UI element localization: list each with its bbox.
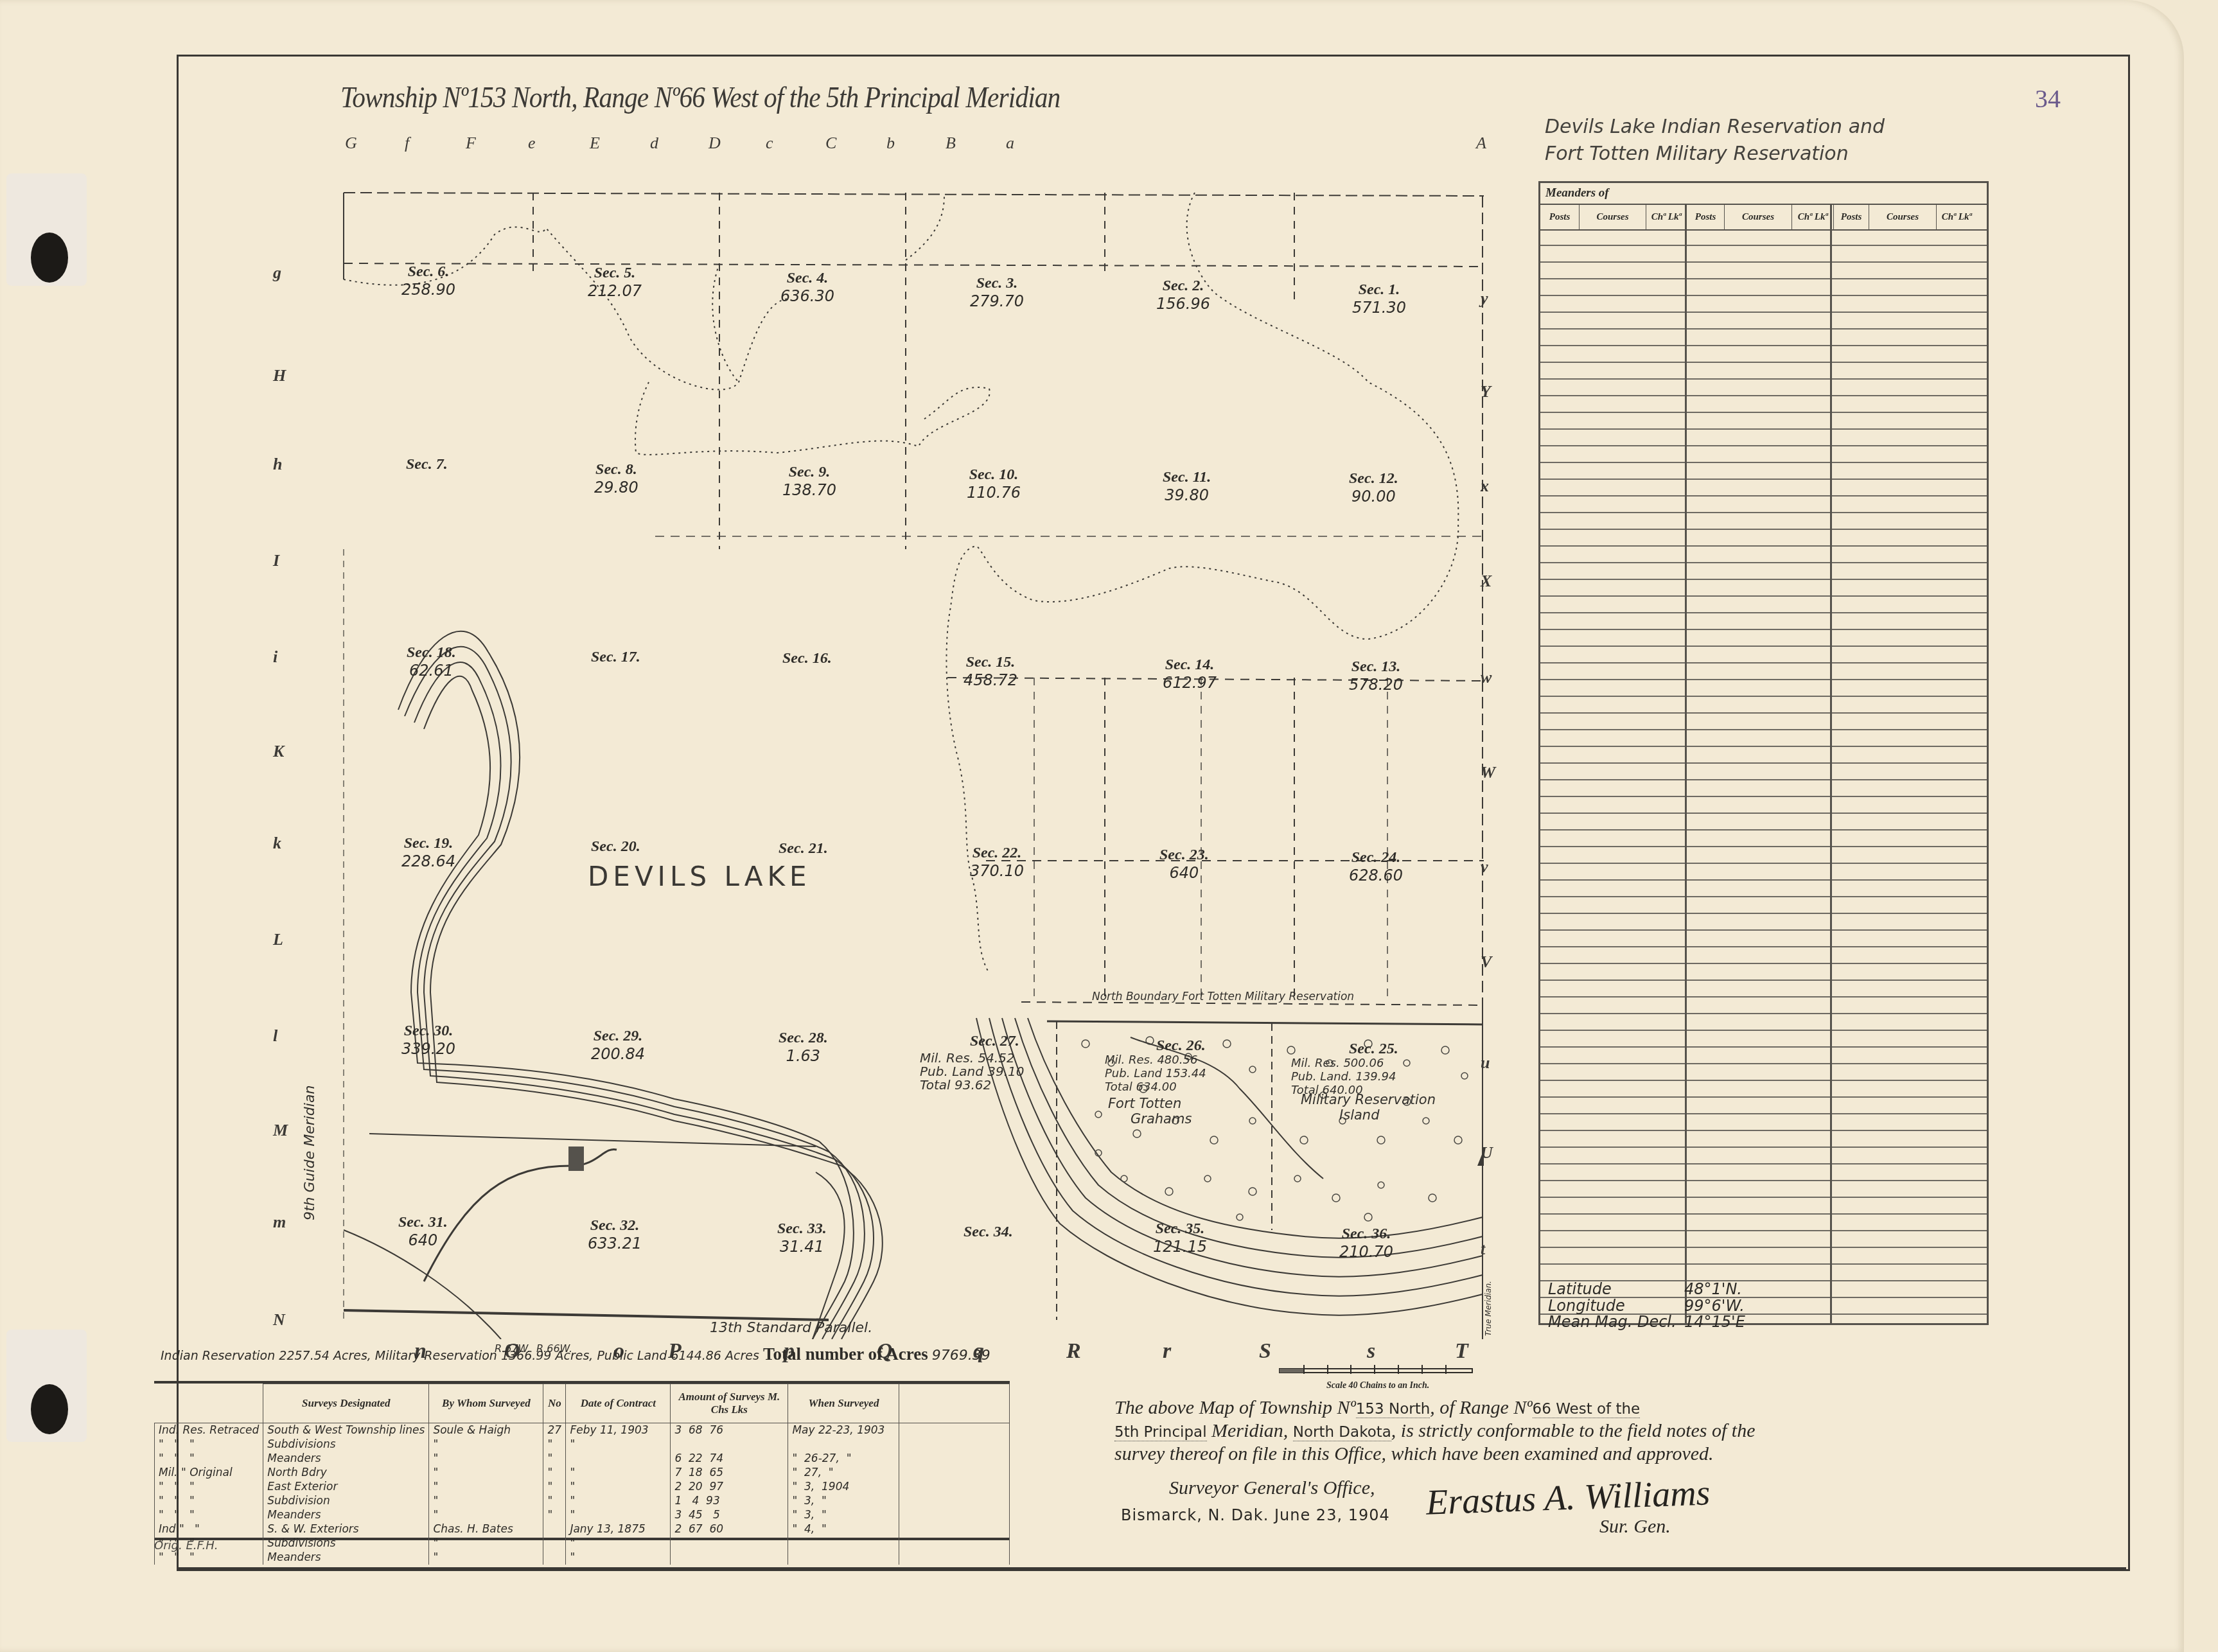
section-36: Sec. 36.210.70 — [1339, 1226, 1393, 1261]
grid-letter: H — [273, 366, 286, 385]
table-header-row: Surveys Designated By Whom Surveyed No D… — [155, 1384, 1010, 1423]
section-5: Sec. 5.212.07 — [588, 265, 642, 300]
section-6: Sec. 6.258.90 — [401, 263, 455, 299]
township-map-linework — [340, 189, 1484, 1339]
grid-letter: h — [273, 455, 282, 474]
signer-title: Sur. Gen. — [1599, 1516, 1671, 1538]
section-19: Sec. 19.228.64 — [401, 835, 455, 870]
survey-plat-sheet: Township Nº153 North, Range Nº66 West of… — [0, 0, 2184, 1652]
section-2: Sec. 2.156.96 — [1156, 277, 1210, 313]
section-27-acreage: Mil. Res. 54.52Pub. Land 39.10Total 93.6… — [920, 1051, 1025, 1092]
section-15: Sec. 15.458.72 — [964, 654, 1017, 689]
punch-hole — [31, 233, 68, 283]
col-chains: Chª Lkª — [1937, 205, 1976, 229]
true-meridian-label: True Meridian. — [1484, 1281, 1493, 1336]
north-boundary-label: North Boundary Fort Totten Military Rese… — [1092, 990, 1354, 1003]
section-30: Sec. 30.339.20 — [401, 1023, 455, 1058]
col-chains: Chª Lkª — [1792, 205, 1834, 229]
section-22: Sec. 22.370.10 — [970, 845, 1024, 880]
page-number: 34 — [2035, 83, 2061, 114]
section-17: Sec. 17. — [591, 649, 640, 666]
section-7: Sec. 7. — [406, 456, 448, 473]
grid-letter: f — [405, 134, 409, 153]
surveyor-general-office: Surveyor General's Office, — [1169, 1477, 1375, 1499]
section-20: Sec. 20. — [591, 838, 640, 856]
city-date: Bismarck, N. Dak. June 23, 1904 — [1121, 1506, 1390, 1524]
col-courses: Courses — [1580, 205, 1646, 229]
grid-letter: N — [273, 1310, 285, 1330]
acreage-summary: Indian Reservation 2257.54 Acres, Milita… — [161, 1344, 990, 1364]
grid-letter: A — [1476, 134, 1486, 153]
grid-letter: r — [1163, 1339, 1171, 1364]
grid-letter: I — [273, 551, 279, 570]
place-label-fort-totten: Fort Totten — [1108, 1096, 1181, 1111]
section-14: Sec. 14.612.97 — [1163, 656, 1217, 692]
grid-letter: B — [946, 134, 956, 153]
section-9: Sec. 9.138.70 — [782, 464, 836, 499]
section-1: Sec. 1.571.30 — [1352, 281, 1406, 317]
grid-letter: G — [345, 134, 357, 153]
table-row: Ind. Res. Retraced" " "" " "Mil. " Origi… — [155, 1423, 1010, 1565]
place-label-military-reservation: Military Reservation — [1301, 1092, 1436, 1107]
section-13: Sec. 13.578.20 — [1349, 658, 1403, 694]
grid-letter: b — [886, 134, 895, 153]
punch-hole — [31, 1384, 68, 1434]
section-29: Sec. 29.200.84 — [591, 1028, 645, 1063]
grid-letter: g — [273, 263, 281, 283]
amount-column: 3 68 76 6 22 747 18 652 20 971 4 933 45 … — [671, 1423, 788, 1565]
section-11: Sec. 11.39.80 — [1163, 469, 1211, 504]
section-25: Sec. 25. — [1349, 1041, 1398, 1058]
grid-letter: K — [273, 742, 284, 761]
when-column: May 22-23, 1903 " 26-27, "" 27, "" 3, 19… — [788, 1423, 899, 1565]
column-divider — [1830, 204, 1832, 1323]
grid-letter: D — [709, 134, 721, 153]
section-32: Sec. 32.633.21 — [588, 1217, 642, 1252]
place-label-grahams: Grahams — [1131, 1111, 1192, 1127]
section-35: Sec. 35.121.15 — [1153, 1220, 1207, 1256]
section-31: Sec. 31.640 — [398, 1214, 448, 1249]
section-4: Sec. 4.636.30 — [780, 270, 834, 305]
standard-parallel-label: 13th Standard Parallel. — [710, 1320, 872, 1336]
meanders-rows — [1540, 229, 1987, 1323]
col-posts: Posts — [1540, 205, 1580, 229]
header-when-surveyed: When Surveyed — [788, 1384, 899, 1423]
survey-column: South & West Township linesSubdivisionsM… — [263, 1423, 429, 1565]
by-whom-column: Soule & Haigh""""""Chas. H. Bates"" — [429, 1423, 543, 1565]
scale-bar — [1278, 1365, 1477, 1378]
lake-name-label: DEVILS LAKE — [588, 861, 811, 892]
section-26: Sec. 26. — [1156, 1037, 1206, 1055]
originator-initials: Orig. E.F.H. — [154, 1539, 218, 1552]
grid-letter: R — [1066, 1339, 1081, 1364]
grid-letter: c — [766, 134, 773, 153]
meanders-header-row: Posts Courses Chª Lkª Posts Courses Chª … — [1540, 205, 1987, 231]
section-16: Sec. 16. — [782, 650, 832, 667]
grid-letter: S — [1259, 1339, 1271, 1364]
section-27: Sec. 27. — [970, 1033, 1019, 1050]
date-column: Feby 11, 1903" """"Jany 13, 1875"" — [566, 1423, 671, 1565]
grid-letter: F — [466, 134, 476, 153]
col-courses: Courses — [1869, 205, 1937, 229]
reservation-subtitle-1: Devils Lake Indian Reservation and — [1545, 116, 1885, 138]
section-8: Sec. 8.29.80 — [594, 461, 638, 496]
bottom-rule — [177, 1567, 2126, 1569]
grid-letter: m — [273, 1213, 286, 1232]
col-chains: Chª Lkª — [1646, 205, 1687, 229]
header-amount: Amount of Surveys M. Chs Lks — [671, 1384, 788, 1423]
header-no: No — [543, 1384, 566, 1423]
grid-letter: s — [1367, 1339, 1375, 1364]
grid-letter: l — [273, 1026, 277, 1046]
section-26-acreage: Mil. Res. 480.56Pub. Land 153.44Total 63… — [1105, 1053, 1206, 1094]
header-surveys-designated: Surveys Designated — [263, 1384, 429, 1423]
col-posts: Posts — [1834, 205, 1869, 229]
grid-letter: a — [1006, 134, 1014, 153]
place-label-island: Island — [1339, 1107, 1379, 1123]
meanders-table: Meanders of Posts Courses Chª Lkª Posts … — [1538, 181, 1989, 1325]
section-12: Sec. 12.90.00 — [1349, 470, 1398, 505]
col-posts: Posts — [1687, 205, 1725, 229]
grid-letter: L — [273, 930, 283, 949]
section-33: Sec. 33.31.41 — [777, 1220, 827, 1256]
section-34: Sec. 34. — [964, 1224, 1013, 1241]
header-date-of-contract: Date of Contract — [566, 1384, 671, 1423]
no-column: 27"""""" — [543, 1423, 566, 1565]
grid-letter: C — [825, 134, 836, 153]
section-25-acreage: Mil. Res. 500.06Pub. Land. 139.94Total 6… — [1291, 1057, 1396, 1097]
section-21: Sec. 21. — [779, 840, 828, 857]
section-23: Sec. 23.640 — [1159, 847, 1209, 882]
approval-certificate: The above Map of Township Nº153 North, o… — [1114, 1397, 1782, 1465]
header-by-whom: By Whom Surveyed — [429, 1384, 543, 1423]
grid-letter: i — [273, 647, 277, 667]
grid-letter: T — [1455, 1339, 1468, 1364]
meanders-title: Meanders of — [1540, 183, 1987, 205]
grid-letter: M — [273, 1121, 288, 1140]
column-divider — [1685, 204, 1687, 1323]
col-courses: Courses — [1725, 205, 1792, 229]
grid-letter: d — [650, 134, 658, 153]
section-28: Sec. 28.1.63 — [779, 1030, 828, 1065]
grid-letter: k — [273, 834, 281, 853]
section-24: Sec. 24.628.60 — [1349, 849, 1403, 884]
section-3: Sec. 3.279.70 — [970, 275, 1024, 310]
section-18: Sec. 18.62.61 — [407, 644, 456, 680]
section-10: Sec. 10.110.76 — [967, 466, 1021, 502]
plat-title: Township Nº153 North, Range Nº66 West of… — [340, 80, 1060, 114]
guide-meridian-label: 9th Guide Meridian — [302, 1085, 318, 1220]
scale-label: Scale 40 Chains to an Inch. — [1326, 1381, 1429, 1391]
grid-letter: E — [590, 134, 600, 153]
survey-record-table: Surveys Designated By Whom Surveyed No D… — [154, 1381, 1010, 1540]
grid-letter: e — [528, 134, 536, 153]
reservation-subtitle-2: Fort Totten Military Reservation — [1545, 143, 1849, 165]
